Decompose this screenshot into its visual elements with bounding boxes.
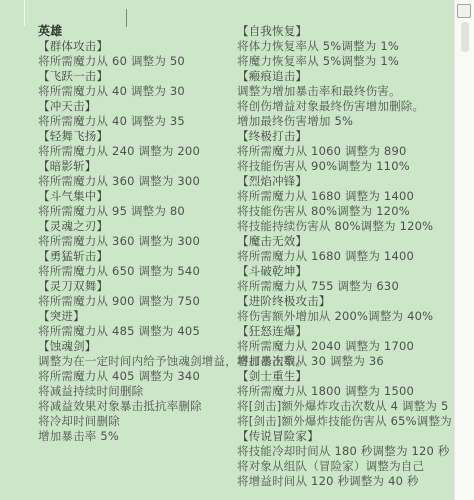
doc-line: 将创伤增益对象最终伤害增加删除。 [237, 99, 455, 114]
doc-line: 将所需魔力从 900 调整为 750 [38, 294, 238, 309]
doc-line: 将体力恢复率从 5%调整为 1% [237, 39, 455, 54]
doc-line: 将所需魔力从 360 调整为 300 [38, 234, 238, 249]
skill-name: 【烈焰冲锋】 [237, 174, 455, 189]
doc-line: 增加最终伤害增加 5% [237, 114, 455, 129]
doc-line: 将所需魔力从 1800 调整为 1500 [237, 384, 455, 399]
skill-name: 【瘢痕追击】 [237, 69, 455, 84]
doc-line: 将所需魔力从 485 调整为 405 [38, 324, 238, 339]
skill-name: 【冲天击】 [38, 99, 238, 114]
scrollbar-button-icon[interactable] [457, 4, 471, 18]
doc-line: 将所需魔力从 95 调整为 80 [38, 204, 238, 219]
doc-line: 将所需魔力从 40 调整为 35 [38, 114, 238, 129]
doc-line: 将增益时间从 120 秒调整为 40 秒 [237, 474, 455, 489]
skill-name: 【灵刀双舞】 [38, 279, 238, 294]
doc-line: 将技能伤害从 80%调整为 120% [237, 204, 455, 219]
doc-line: 将所需魔力从 360 调整为 300 [38, 174, 238, 189]
skill-name: 【传说冒险家】 [237, 429, 455, 444]
doc-line: 将所需魔力从 650 调整为 540 [38, 264, 238, 279]
doc-line: 将所需魔力从 405 调整为 340 [38, 369, 238, 384]
doc-line: 将打击次数从 30 调整为 36 [237, 354, 455, 369]
doc-line: 调整为增加暴击率和最终伤害。 [237, 84, 455, 99]
doc-line: 将所需魔力从 2040 调整为 1700 [237, 339, 455, 354]
skill-name: 【蚀魂剑】 [38, 339, 238, 354]
skill-name: 【终极打击】 [237, 129, 455, 144]
doc-line: 将所需魔力从 60 调整为 50 [38, 54, 238, 69]
doc-line: 增加暴击率 5% [38, 429, 238, 444]
doc-heading: 英雄 [38, 24, 238, 39]
document-page[interactable]: 英雄【群体攻击】将所需魔力从 60 调整为 50【飞跃一击】将所需魔力从 40 … [0, 0, 455, 500]
skill-name: 【自我恢复】 [237, 24, 455, 39]
doc-line: 将技能冷却时间从 180 秒调整为 120 秒 [237, 444, 455, 459]
doc-line: 将减益持续时间删除 [38, 384, 238, 399]
doc-line: 将所需魔力从 1060 调整为 890 [237, 144, 455, 159]
skill-name: 【轻舞飞扬】 [38, 129, 238, 144]
skill-name: 【进阶终极攻击】 [237, 294, 455, 309]
doc-line: 将减益效果对象暴击抵抗率删除 [38, 399, 238, 414]
skill-name: 【魔击无效】 [237, 234, 455, 249]
doc-line: 将所需魔力从 40 调整为 30 [38, 84, 238, 99]
doc-line: 将[剑击]额外爆炸技能伤害从 65%调整为 85% [237, 414, 455, 429]
doc-line: 将所需魔力从 1680 调整为 1400 [237, 189, 455, 204]
skill-name: 【斗破乾坤】 [237, 264, 455, 279]
skill-name: 【勇猛斩击】 [38, 249, 238, 264]
scrollbar[interactable] [454, 0, 474, 500]
doc-line: 将所需魔力从 755 调整为 630 [237, 279, 455, 294]
skill-name: 【狂怒连爆】 [237, 324, 455, 339]
skill-name: 【暗影斩】 [38, 159, 238, 174]
page-margin-mark [24, 0, 25, 26]
scrollbar-thumb[interactable] [461, 22, 469, 52]
doc-line: 将伤害额外增加从 200%调整为 40% [237, 309, 455, 324]
skill-name: 【突进】 [38, 309, 238, 324]
skill-name: 【剑士重生】 [237, 369, 455, 384]
doc-line: 将冷却时间删除 [38, 414, 238, 429]
doc-line: 将对象从组队（冒险家）调整为自己 [237, 459, 455, 474]
doc-line: 将所需魔力从 1680 调整为 1400 [237, 249, 455, 264]
doc-line: 将所需魔力从 240 调整为 200 [38, 144, 238, 159]
right-column: 【自我恢复】将体力恢复率从 5%调整为 1%将魔力恢复率从 5%调整为 1%【瘢… [237, 24, 455, 489]
doc-line: 将[剑击]额外爆炸攻击次数从 4 调整为 5 [237, 399, 455, 414]
skill-name: 【斗气集中】 [38, 189, 238, 204]
skill-name: 【飞跃一击】 [38, 69, 238, 84]
left-column: 英雄【群体攻击】将所需魔力从 60 调整为 50【飞跃一击】将所需魔力从 40 … [38, 24, 238, 444]
doc-line: 调整为在一定时间内给予蚀魂剑增益，增加暴击率。 [38, 354, 238, 369]
doc-line: 将技能持续伤害从 80%调整为 120% [237, 219, 455, 234]
skill-name: 【群体攻击】 [38, 39, 238, 54]
doc-line: 将魔力恢复率从 5%调整为 1% [237, 54, 455, 69]
skill-name: 【灵魂之刃】 [38, 219, 238, 234]
doc-line: 将技能伤害从 90%调整为 110% [237, 159, 455, 174]
